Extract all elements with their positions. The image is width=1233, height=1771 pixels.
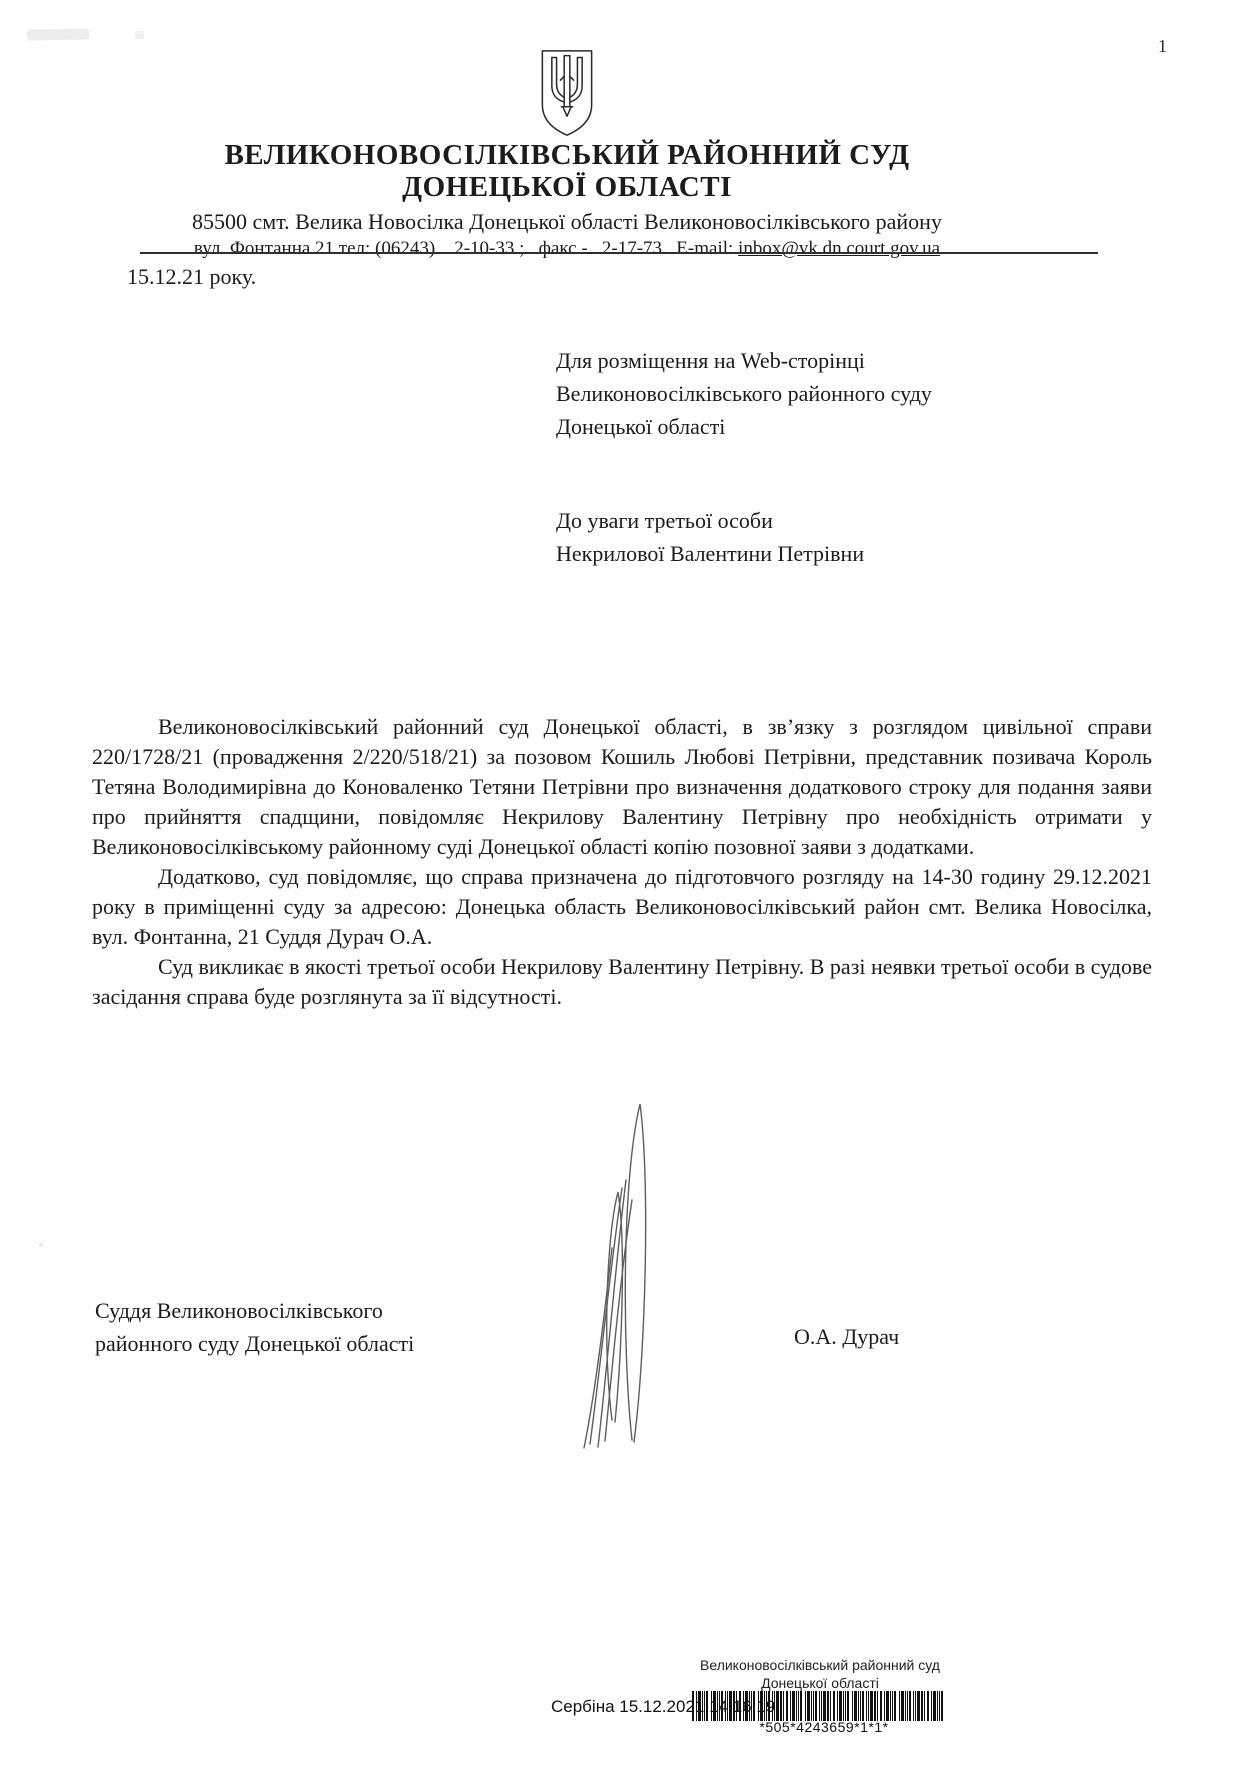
recipient-name: Некрилової Валентини Петрівни xyxy=(556,537,864,570)
web-notice-line: Донецької області xyxy=(556,410,932,443)
attention-line: До уваги третьої особи xyxy=(556,504,864,537)
court-address: 85500 смт. Велика Новосілка Донецької об… xyxy=(0,209,1134,235)
court-email: inbox@vk.dn.court.gov.ua xyxy=(738,238,940,259)
scan-artifact xyxy=(27,28,89,40)
letterhead: ВЕЛИКОНОВОСІЛКІВСЬКИЙ РАЙОННИЙ СУД ДОНЕЦ… xyxy=(0,140,1134,260)
body-paragraph-3: Суд викликає в якості третьої особи Некр… xyxy=(92,952,1152,1012)
footer-court-line: Донецької області xyxy=(620,1674,1020,1692)
document-date: 15.12.21 року. xyxy=(127,264,256,290)
page-number: 1 xyxy=(1158,36,1167,57)
web-notice-line: Для розміщення на Web-сторінці xyxy=(556,344,932,377)
scan-artifact xyxy=(39,1243,43,1247)
judge-title-line: Суддя Великоновосілківського xyxy=(95,1294,414,1327)
body-paragraph-2: Додатково, суд повідомляє, що справа при… xyxy=(92,862,1152,952)
phone-fax-text: вул. Фонтанна 21 тел: (06243) 2-10-33 ; … xyxy=(194,238,738,259)
judge-title-block: Суддя Великоновосілківського районного с… xyxy=(95,1294,414,1360)
scanned-court-letter-page: 1 ВЕЛИКОНОВОСІЛКІВСЬКИЙ РАЙОННИЙ СУД ДОН… xyxy=(0,0,1233,1771)
court-name-line-2: ДОНЕЦЬКОЇ ОБЛАСТІ xyxy=(0,172,1134,203)
scan-artifact xyxy=(135,31,144,39)
body-paragraph-1: Великоновосілківський районний суд Донец… xyxy=(92,712,1152,862)
footer-court-line: Великоновосілківський районний суд xyxy=(620,1656,1020,1674)
ukraine-trident-icon xyxy=(538,48,596,138)
web-publication-notice: Для розміщення на Web-сторінці Великонов… xyxy=(556,344,932,443)
barcode-caption: *505*4243659*1*1* xyxy=(695,1719,953,1735)
judge-title-line: районного суду Донецької області xyxy=(95,1327,414,1360)
barcode xyxy=(692,1691,950,1721)
judge-name: О.А. Дурач xyxy=(794,1324,899,1350)
court-name-line-1: ВЕЛИКОНОВОСІЛКІВСЬКИЙ РАЙОННИЙ СУД xyxy=(0,140,1134,171)
footer-court-name: Великоновосілківський районний суд Донец… xyxy=(620,1656,1020,1692)
letterhead-divider xyxy=(140,252,1098,254)
attention-block: До уваги третьої особи Некрилової Валент… xyxy=(556,504,864,570)
handwritten-signature-icon xyxy=(548,1088,698,1453)
web-notice-line: Великоновосілківського районного суду xyxy=(556,377,932,410)
court-contact-line: вул. Фонтанна 21 тел: (06243) 2-10-33 ; … xyxy=(0,237,1134,260)
letter-body: Великоновосілківський районний суд Донец… xyxy=(92,712,1152,1012)
